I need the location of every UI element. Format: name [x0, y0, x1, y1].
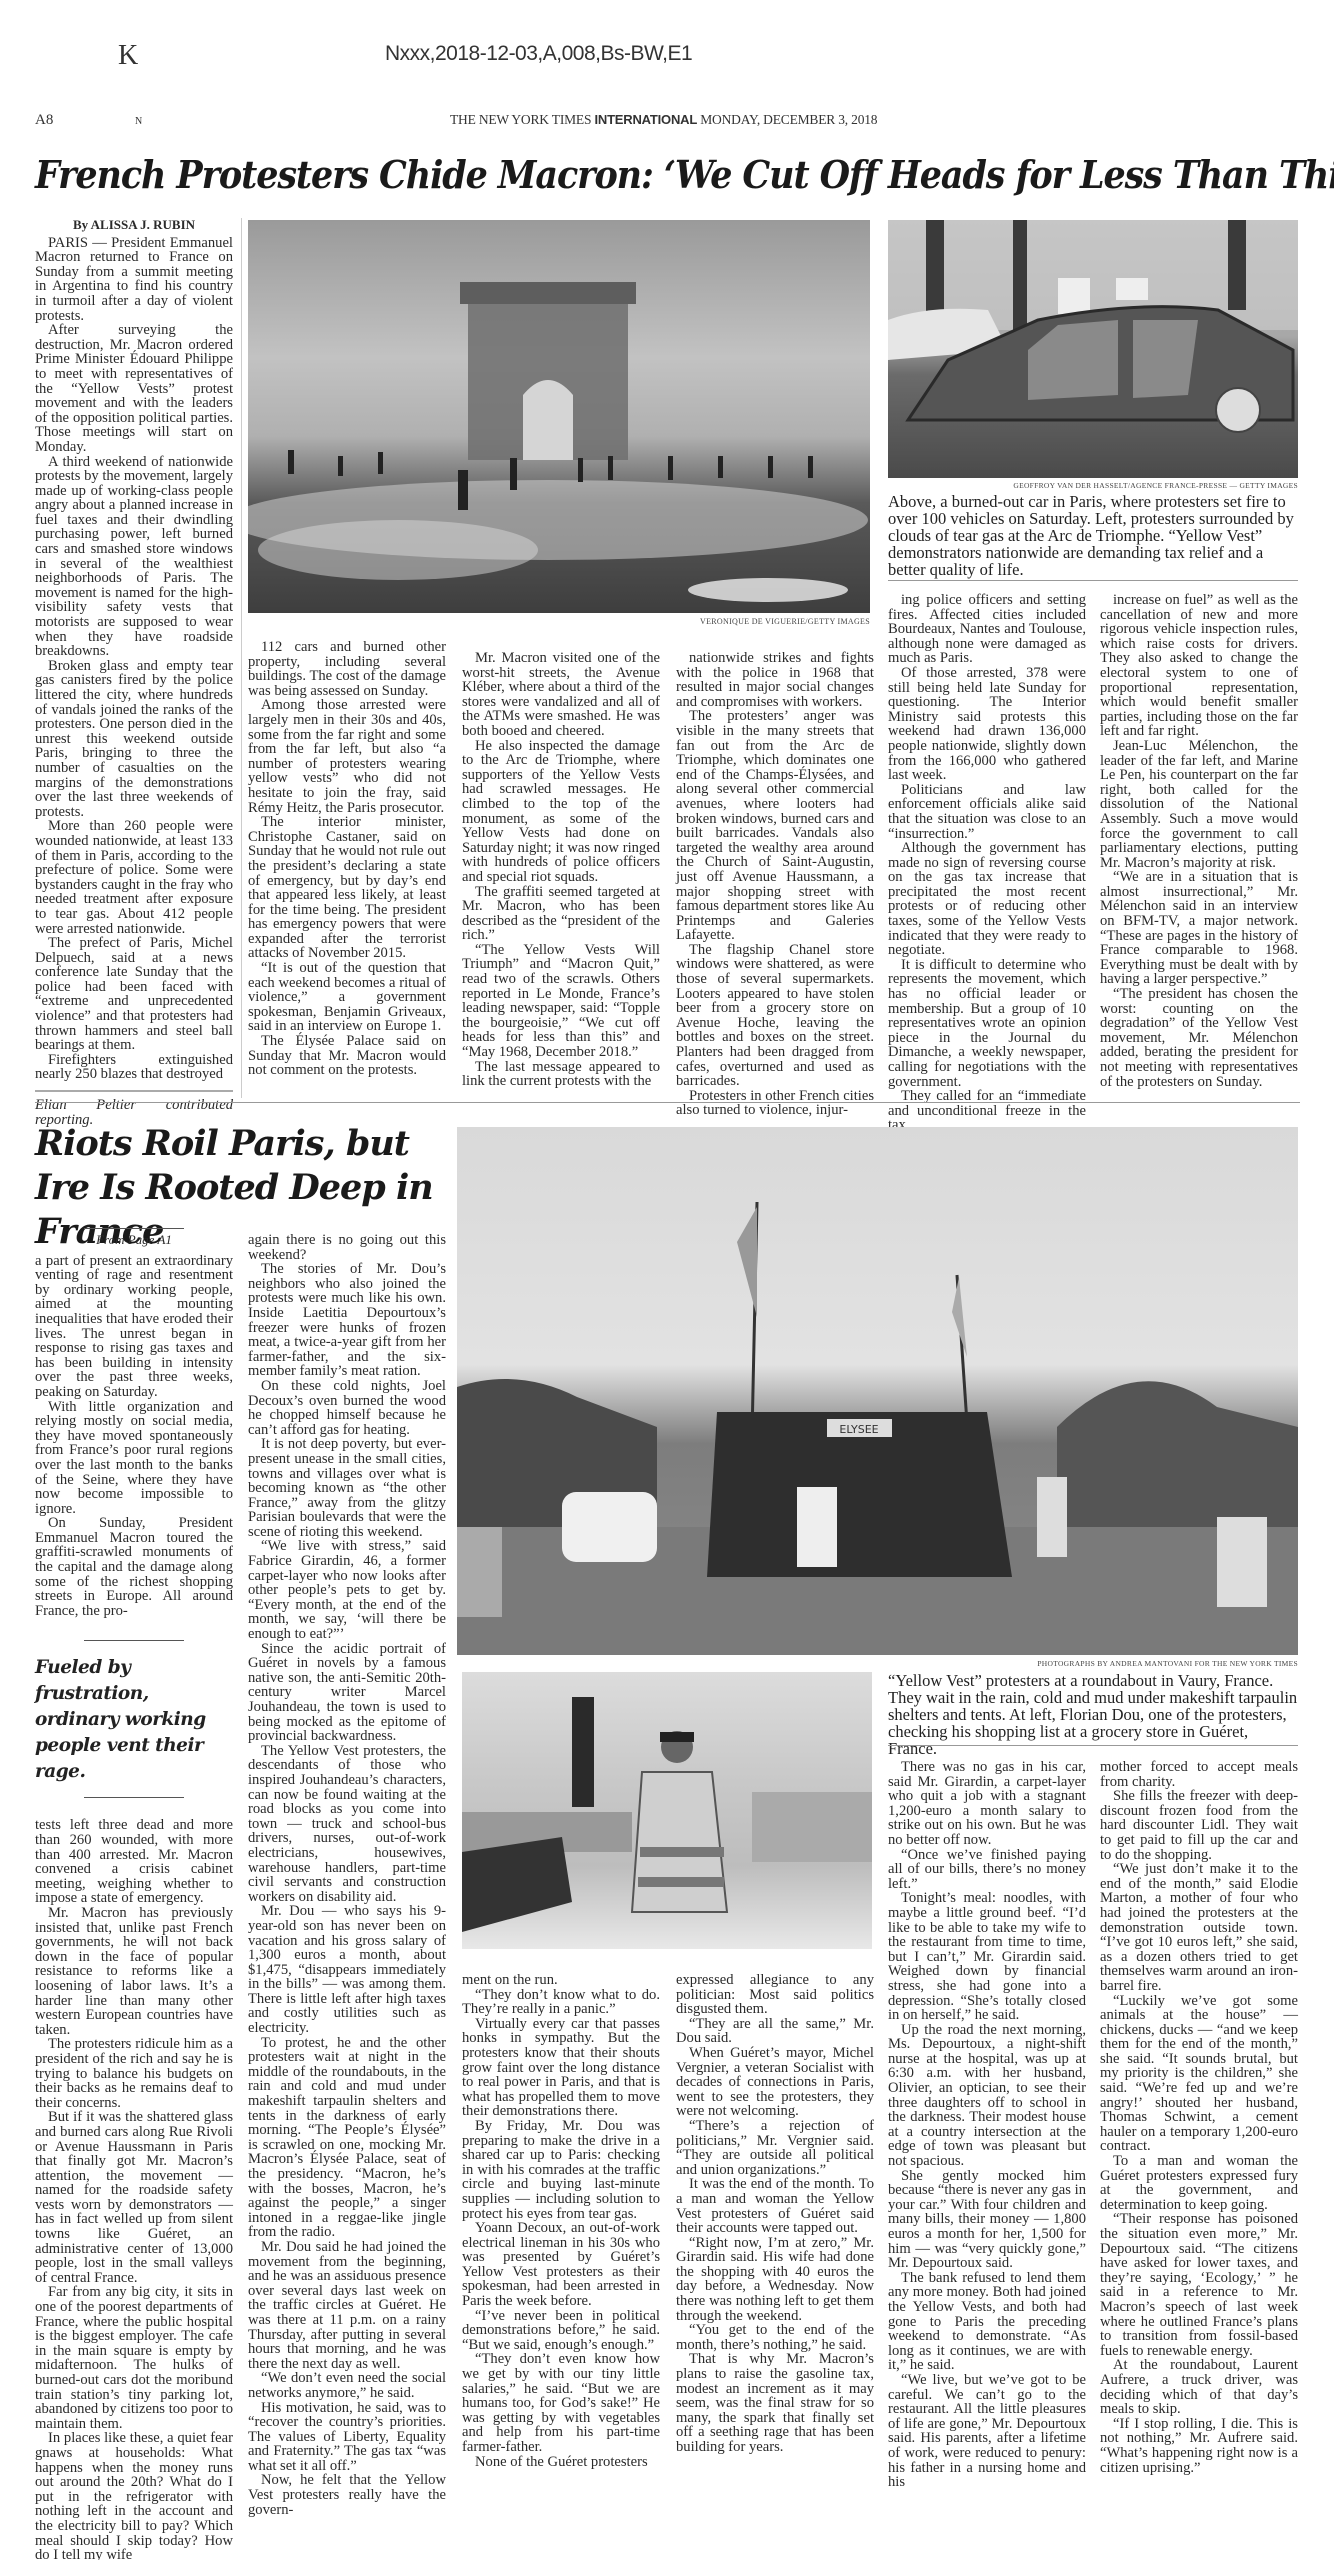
paragraph: “They don’t even know how we get by with…: [462, 2352, 660, 2454]
paragraph: When Guéret’s mayor, Michel Vergnier, a …: [676, 2046, 874, 2119]
paragraph: Far from any big city, it sits in one of…: [35, 2285, 233, 2431]
paper-name: THE NEW YORK TIMES: [450, 112, 591, 127]
paragraph: Mr. Macron visited one of the worst-hit …: [462, 651, 660, 739]
story2-col1a-paras: a part of present an extraordinary venti…: [35, 1254, 233, 1619]
paragraph: “It is out of the question that each wee…: [248, 961, 446, 1034]
story1-col1-paras: PARIS — President Emmanuel Macron return…: [35, 236, 233, 1082]
paragraph: That is why Mr. Macron’s plans to raise …: [676, 2352, 874, 2454]
story2-column-2: again there is no going out this weekend…: [248, 1233, 446, 2517]
roundabout-shelter-photo: ELYSEE: [457, 1127, 1298, 1655]
story1-column-3: Mr. Macron visited one of the worst-hit …: [462, 651, 660, 1089]
story1-column-2: 112 cars and burned other property, incl…: [248, 640, 446, 1078]
paragraph: By Friday, Mr. Dou was preparing to make…: [462, 2119, 660, 2221]
story2-column-5: There was no gas in his car, said Mr. Gi…: [888, 1760, 1086, 2490]
paragraph: He also inspected the damage to the Arc …: [462, 739, 660, 885]
paragraph: The last message appeared to link the cu…: [462, 1060, 660, 1089]
paragraph: Now, he felt that the Yellow Vest protes…: [248, 2473, 446, 2517]
paragraph: Mr. Dou — who says his 9-year-old son ha…: [248, 1904, 446, 2035]
paragraph: “The Yellow Vests Will Triumph” and “Mac…: [462, 943, 660, 1060]
pullquote-rule-top: [84, 1640, 184, 1641]
paragraph: More than 260 people were wounded nation…: [35, 819, 233, 936]
story1-column-4: nationwide strikes and fights with the p…: [676, 651, 874, 1118]
paragraph: The interior minister, Christophe Castan…: [248, 815, 446, 961]
paragraph: The Yellow Vest protesters, the descenda…: [248, 1744, 446, 1905]
pull-quote: Fueled by frustration, ordinary working …: [35, 1655, 233, 1785]
paragraph: But if it was the shattered glass and bu…: [35, 2110, 233, 2285]
paragraph: “We are in a situation that is almost in…: [1100, 870, 1298, 987]
paragraph: It was the end of the month. To a man an…: [676, 2177, 874, 2235]
paragraph: Firefighters extinguished nearly 250 bla…: [35, 1053, 233, 1082]
paragraph: The flagship Chanel store windows were s…: [676, 943, 874, 1089]
paragraph: Mr. Dou said he had joined the movement …: [248, 2240, 446, 2371]
byline: By ALISSA J. RUBIN: [35, 218, 233, 233]
grocery-store-illustration: [462, 1672, 872, 1949]
paragraph: nationwide strikes and fights with the p…: [676, 651, 874, 709]
paragraph: To protest, he and the other protesters …: [248, 2036, 446, 2240]
photo-credit: PHOTOGRAPHS BY ANDREA MANTOVANI FOR THE …: [457, 1659, 1298, 1668]
paragraph: Yoann Decoux, an out-of-work electrical …: [462, 2221, 660, 2309]
story-separator: [35, 1102, 1300, 1103]
story2-col1b-paras: tests left three dead and more than 260 …: [35, 1818, 233, 2560]
story2-column-6: mother forced to accept meals from chari…: [1100, 1760, 1298, 2475]
story2-column-1: From Page A1 a part of present an extrao…: [35, 1228, 233, 2560]
paragraph: To a man and woman the Guéret protesters…: [1100, 2154, 1298, 2212]
paragraph: ing police officers and setting fires. A…: [888, 593, 1086, 666]
paragraph: “We don’t even need the social networks …: [248, 2371, 446, 2400]
paragraph: “I’ve never been in political demonstrat…: [462, 2309, 660, 2353]
paragraph: Jean-Luc Mélenchon, the leader of the fa…: [1100, 739, 1298, 870]
paragraph: Politicians and law enforcement official…: [888, 783, 1086, 841]
paragraph: After surveying the destruction, Mr. Mac…: [35, 323, 233, 454]
folio-line: THE NEW YORK TIMES INTERNATIONAL MONDAY,…: [450, 112, 930, 128]
paragraph: again there is no going out this weekend…: [248, 1233, 446, 1262]
arc-de-triomphe-photo: [248, 220, 870, 613]
paragraph: “Their response has poisoned the situati…: [1100, 2212, 1298, 2358]
paragraph: “You get to the end of the month, there’…: [676, 2323, 874, 2352]
paragraph: She fills the freezer with deep-discount…: [1100, 1789, 1298, 1862]
paragraph: “The president has chosen the worst: cou…: [1100, 987, 1298, 1089]
paragraph: Broken glass and empty tear gas canister…: [35, 659, 233, 820]
paragraph: A third weekend of nationwide protests b…: [35, 455, 233, 659]
paragraph: The protesters’ anger was visible in the…: [676, 709, 874, 943]
story2-column-3: ment on the run.“They don’t know what to…: [462, 1973, 660, 2469]
edition-letter: K: [118, 40, 138, 72]
paragraph: Tonight’s meal: noodles, with maybe a li…: [888, 1891, 1086, 2022]
burned-car-illustration: [888, 220, 1298, 478]
paragraph: a part of present an extraordinary venti…: [35, 1254, 233, 1400]
photo-credit: VERONIQUE DE VIGUERIE/GETTY IMAGES: [248, 617, 870, 626]
paragraph: Of those arrested, 378 were still being …: [888, 666, 1086, 783]
jump-rule: [84, 1228, 184, 1229]
edition-mark: N: [135, 116, 142, 127]
paragraph: His motivation, he said, was to “recover…: [248, 2401, 446, 2474]
story1-column-5: ing police officers and setting fires. A…: [888, 593, 1086, 1133]
section-name: INTERNATIONAL: [594, 112, 697, 127]
arc-de-triomphe-illustration: [248, 220, 870, 613]
paragraph: On Sunday, President Emmanuel Macron tou…: [35, 1516, 233, 1618]
paragraph: None of the Guéret protesters: [462, 2455, 660, 2470]
paragraph: At the roundabout, Laurent Aufrere, a tr…: [1100, 2358, 1298, 2416]
paragraph: Since the acidic portrait of Guéret in n…: [248, 1642, 446, 1744]
paragraph: There was no gas in his car, said Mr. Gi…: [888, 1760, 1086, 1848]
paragraph: The prefect of Paris, Michel Delpuech, s…: [35, 936, 233, 1053]
story1-caption: Above, a burned-out car in Paris, where …: [888, 493, 1300, 578]
paragraph: mother forced to accept meals from chari…: [1100, 1760, 1298, 1789]
paragraph: increase on fuel” as well as the cancell…: [1100, 593, 1298, 739]
paragraph: PARIS — President Emmanuel Macron return…: [35, 236, 233, 324]
paragraph: With little organization and relying mos…: [35, 1400, 233, 1517]
caption-rule: [888, 580, 1298, 581]
story2-column-4: expressed allegiance to any politician: …: [676, 1973, 874, 2455]
page-number: A8: [35, 112, 53, 129]
paragraph: On these cold nights, Joel Decoux’s oven…: [248, 1379, 446, 1437]
paragraph: “They are all the same,” Mr. Dou said.: [676, 2017, 874, 2046]
grocery-store-photo: [462, 1672, 872, 1949]
paragraph: She gently mocked him because “there is …: [888, 2169, 1086, 2271]
paragraph: ment on the run.: [462, 1973, 660, 1988]
caption-rule: [888, 1745, 1298, 1746]
photo-credit: GEOFFROY VAN DER HASSELT/AGENCE FRANCE-P…: [888, 481, 1298, 490]
paragraph: “We live, but we’ve got to be careful. W…: [888, 2373, 1086, 2490]
paragraph: “Right now, I’m at zero,” Mr. Girardin s…: [676, 2236, 874, 2324]
paragraph: Although the government has made no sign…: [888, 841, 1086, 958]
paragraph: Protesters in other French cities also t…: [676, 1089, 874, 1118]
paragraph: The Élysée Palace said on Sunday that Mr…: [248, 1034, 446, 1078]
plate-code: Nxxx,2018-12-03,A,008,Bs-BW,E1: [385, 42, 692, 66]
paragraph: “There’s a rejection of politicians,” Mr…: [676, 2119, 874, 2177]
roundabout-shelter-illustration: ELYSEE: [457, 1127, 1298, 1655]
paragraph: “We live with stress,” said Fabrice Gira…: [248, 1539, 446, 1641]
column-divider: [241, 218, 242, 1098]
paragraph: tests left three dead and more than 260 …: [35, 1818, 233, 1906]
paragraph: The protesters ridicule him as a preside…: [35, 2037, 233, 2110]
paragraph: Virtually every car that passes honks in…: [462, 2017, 660, 2119]
paragraph: It is difficult to determine who represe…: [888, 958, 1086, 1089]
paragraph: Among those arrested were largely men in…: [248, 698, 446, 815]
paragraph: expressed allegiance to any politician: …: [676, 1973, 874, 2017]
paragraph: Up the road the next morning, Ms. Depour…: [888, 2023, 1086, 2169]
paragraph: It is not deep poverty, but ever-present…: [248, 1437, 446, 1539]
paragraph: The graffiti seemed targeted at Mr. Macr…: [462, 885, 660, 943]
paragraph: Mr. Macron has previously insisted that,…: [35, 1906, 233, 2037]
paragraph: The bank refused to lend them any more m…: [888, 2271, 1086, 2373]
paragraph: “We just don’t make it to the end of the…: [1100, 1862, 1298, 1993]
paragraph: 112 cars and burned other property, incl…: [248, 640, 446, 698]
story1-column-1: By ALISSA J. RUBIN PARIS — President Emm…: [35, 218, 233, 1127]
jump-line: From Page A1: [35, 1233, 233, 1248]
issue-date: MONDAY, DECEMBER 3, 2018: [700, 112, 877, 127]
story1-column-6: increase on fuel” as well as the cancell…: [1100, 593, 1298, 1089]
paragraph: “Once we’ve finished paying all of our b…: [888, 1848, 1086, 1892]
elysee-sign-text: ELYSEE: [839, 1423, 878, 1436]
paragraph: In places like these, a quiet fear gnaws…: [35, 2431, 233, 2560]
paragraph: “If I stop rolling, I die. This is not n…: [1100, 2417, 1298, 2475]
paragraph: “They don’t know what to do. They’re rea…: [462, 1988, 660, 2017]
paragraph: The stories of Mr. Dou’s neighbors who a…: [248, 1262, 446, 1379]
story1-headline: French Protesters Chide Macron: ‘We Cut …: [35, 150, 1203, 200]
paragraph: “Luckily we’ve got some animals at the h…: [1100, 1994, 1298, 2155]
burned-car-photo: [888, 220, 1298, 478]
